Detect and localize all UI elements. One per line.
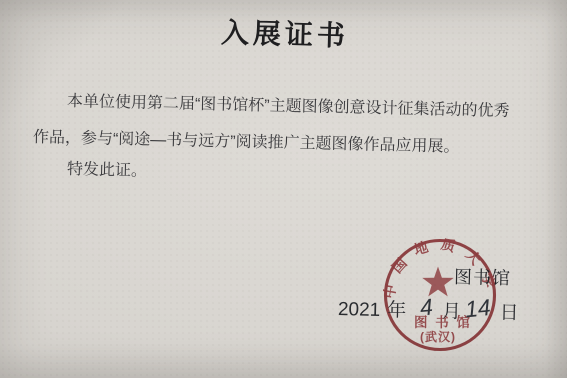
date-year: 2021 (338, 299, 381, 322)
date-month-handwritten: 4 (419, 293, 434, 321)
date-day-handwritten: 14 (464, 294, 492, 323)
certificate-photo: 入展证书 本单位使用第二届“图书馆杯”主题图像创意设计征集活动的优秀 作品，参与… (0, 0, 567, 378)
issuer-name: 图书馆 (454, 263, 512, 290)
star-icon (422, 267, 453, 297)
issue-date: 2021年4月14日 (338, 294, 519, 325)
body-line-2: 作品，参与“阅途—书与远方”阅读推广主题图像作品应用展。 (33, 124, 460, 157)
body-line-3: 特发此证。 (67, 156, 148, 181)
date-year-unit: 年 (387, 295, 407, 322)
date-month-unit: 月 (442, 296, 462, 323)
seal-city-text: (武汉) (420, 329, 456, 344)
date-day-unit: 日 (499, 298, 519, 325)
certificate-title: 入展证书 (220, 11, 349, 55)
body-line-1: 本单位使用第二届“图书馆杯”主题图像创意设计征集活动的优秀 (67, 88, 510, 121)
